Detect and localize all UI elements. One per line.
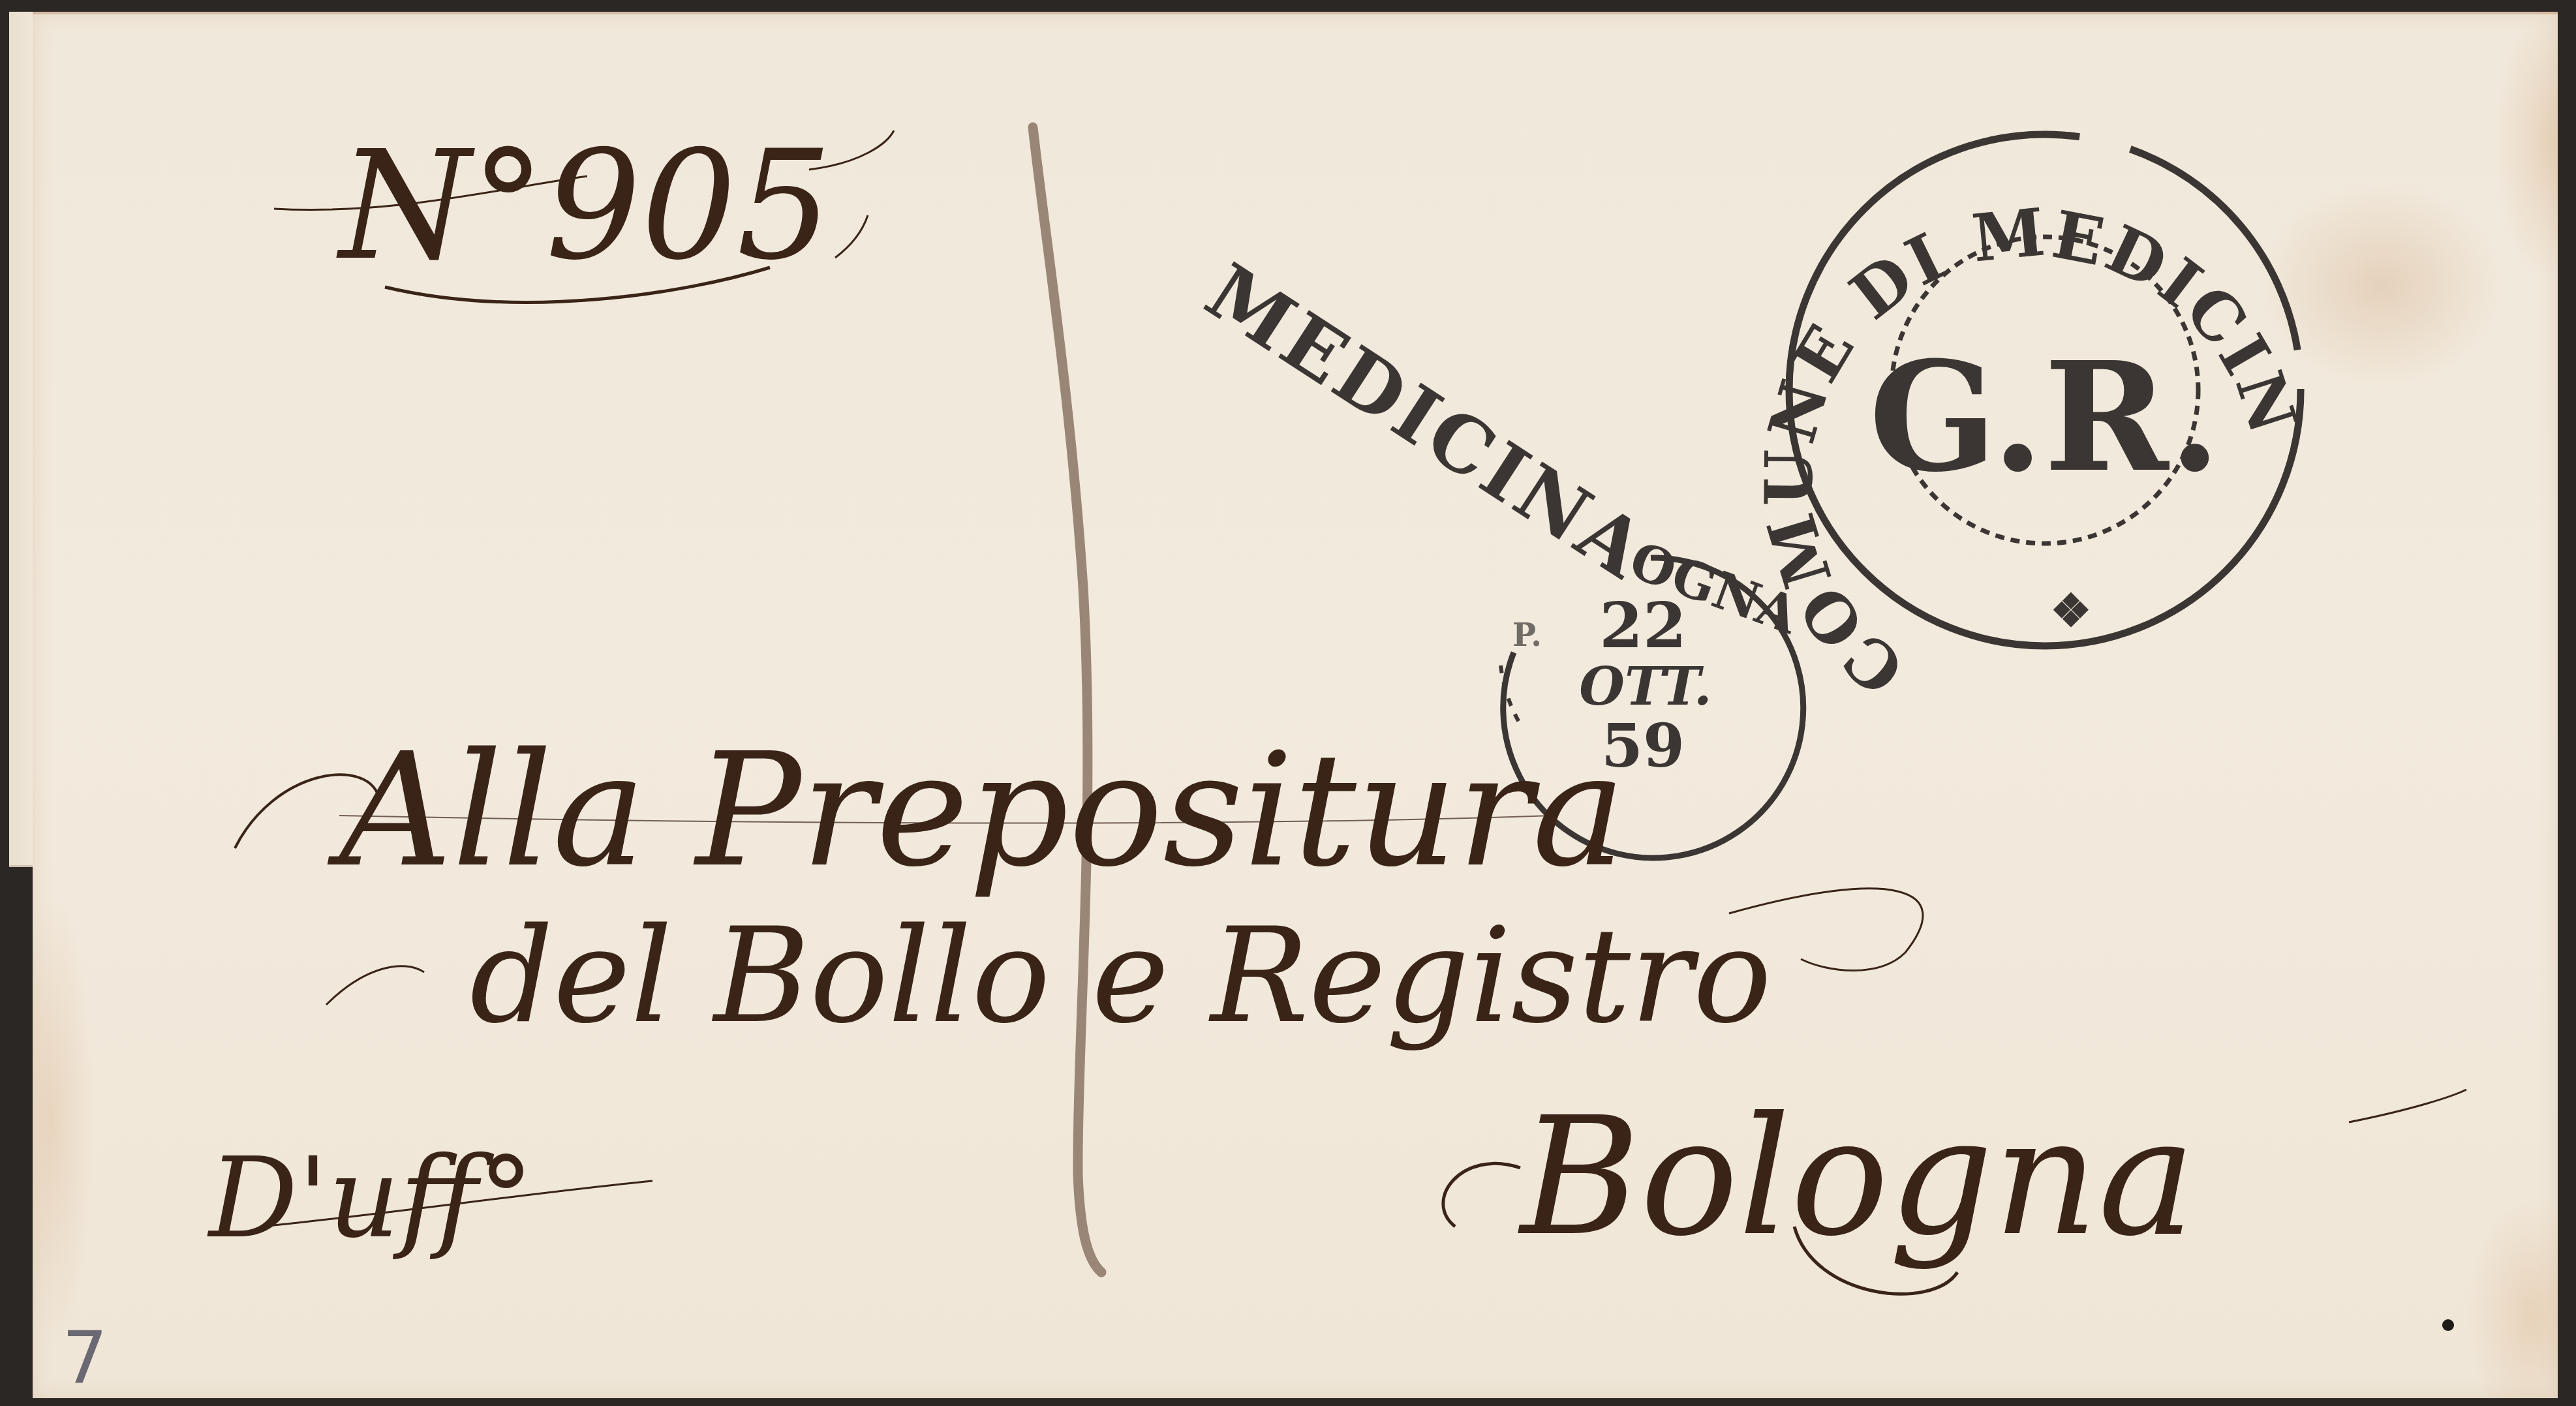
medicina-straight-line-cancel: MEDICINA (1191, 246, 1664, 597)
cds-side-mark: P. (1512, 617, 1542, 654)
medicina-cancel-text: MEDICINA (1191, 246, 1664, 597)
cds-month: OTT. (1579, 656, 1711, 717)
municipal-seal: COMUNE DI MEDICINA G.R. ❖ (0, 0, 2312, 710)
cds-day: 22 (1599, 588, 1687, 662)
address-block: Alla Prepositura del Bollo e Registro Bo… (235, 719, 2466, 1294)
number-prefix: N° (336, 119, 545, 294)
pencil-note: 7 (62, 1317, 108, 1400)
seal-ornament-icon: ❖ (2051, 583, 2092, 637)
ink-dot (2442, 1319, 2454, 1331)
register-number: N°905 (274, 119, 894, 302)
svg-text:N°905: N°905 (336, 119, 832, 294)
service-note-text: D'uff° (207, 1134, 534, 1263)
address-line-1: Alla Prepositura (327, 719, 1625, 902)
seal-center-text: G.R. (1869, 329, 2221, 506)
address-line-3: Bologna (1518, 1082, 2196, 1272)
rate-mark-stroke (1033, 127, 1101, 1272)
address-line-2: del Bollo e Registro (470, 900, 1771, 1052)
service-note: D'uff° (207, 1134, 652, 1263)
number-value: 905 (545, 119, 832, 294)
letter-markings: N°905 MEDICINA COMUNE DI MEDICINA G.R. ❖… (0, 0, 2576, 1406)
